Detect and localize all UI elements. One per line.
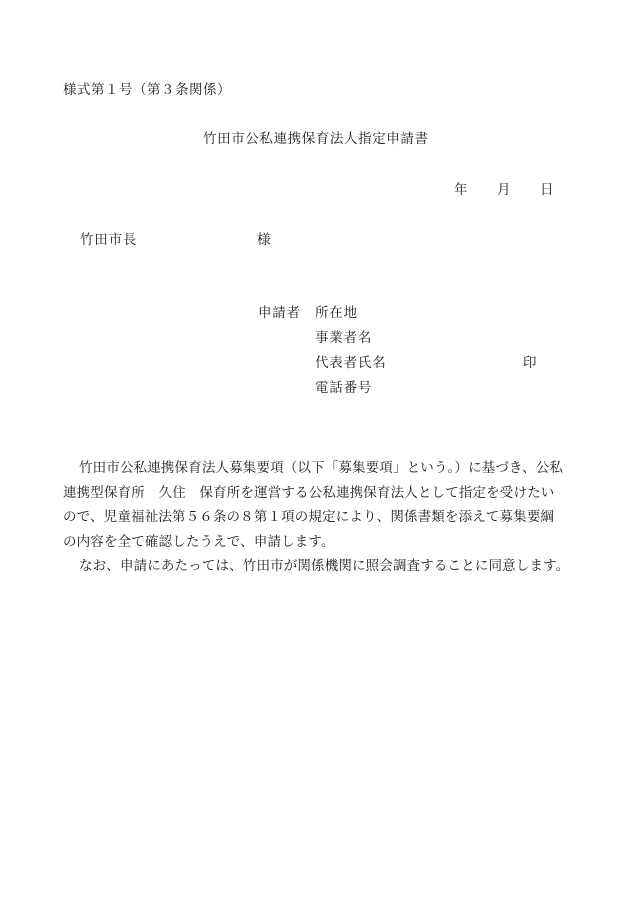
- applicant-label: 申請者: [258, 307, 301, 321]
- addressee-name: 竹田市長: [80, 234, 137, 248]
- field-phone-number: 電話番号: [315, 382, 372, 396]
- date-month-label: 月: [497, 184, 511, 198]
- paragraph-application: 竹田市公私連携保育法人募集要項（以下「募集要項」という。）に基づき、公私 連携型…: [63, 456, 583, 554]
- field-business-name: 事業者名: [315, 332, 372, 346]
- paragraph-consent: なお、申請にあたっては、竹田市が関係機関に照会調査することに同意します。: [63, 554, 583, 579]
- addressee-honorific: 様: [257, 234, 271, 248]
- field-address: 所在地: [315, 307, 358, 321]
- body-line: なお、申請にあたっては、竹田市が関係機関に照会調査することに同意します。: [63, 554, 583, 579]
- document-title: 竹田市公私連携保育法人指定申請書: [203, 133, 429, 147]
- date-day-label: 日: [540, 184, 554, 198]
- seal-mark: 印: [523, 357, 537, 371]
- body-line: 竹田市公私連携保育法人募集要項（以下「募集要項」という。）に基づき、公私: [63, 456, 583, 481]
- body-text: 竹田市公私連携保育法人募集要項（以下「募集要項」という。）に基づき、公私 連携型…: [63, 456, 583, 579]
- body-line: の内容を全て確認したうえで、申請します。: [63, 530, 583, 555]
- form-number: 様式第１号（第３条関係）: [63, 84, 231, 98]
- body-line: ので、児童福祉法第５６条の８第１項の規定により、関係書類を添えて募集要綱: [63, 505, 583, 530]
- body-line: 連携型保育所 久住 保育所を運営する公私連携保育法人として指定を受けたい: [63, 481, 583, 506]
- field-representative-name: 代表者氏名: [315, 357, 387, 371]
- date-year-label: 年: [454, 184, 468, 198]
